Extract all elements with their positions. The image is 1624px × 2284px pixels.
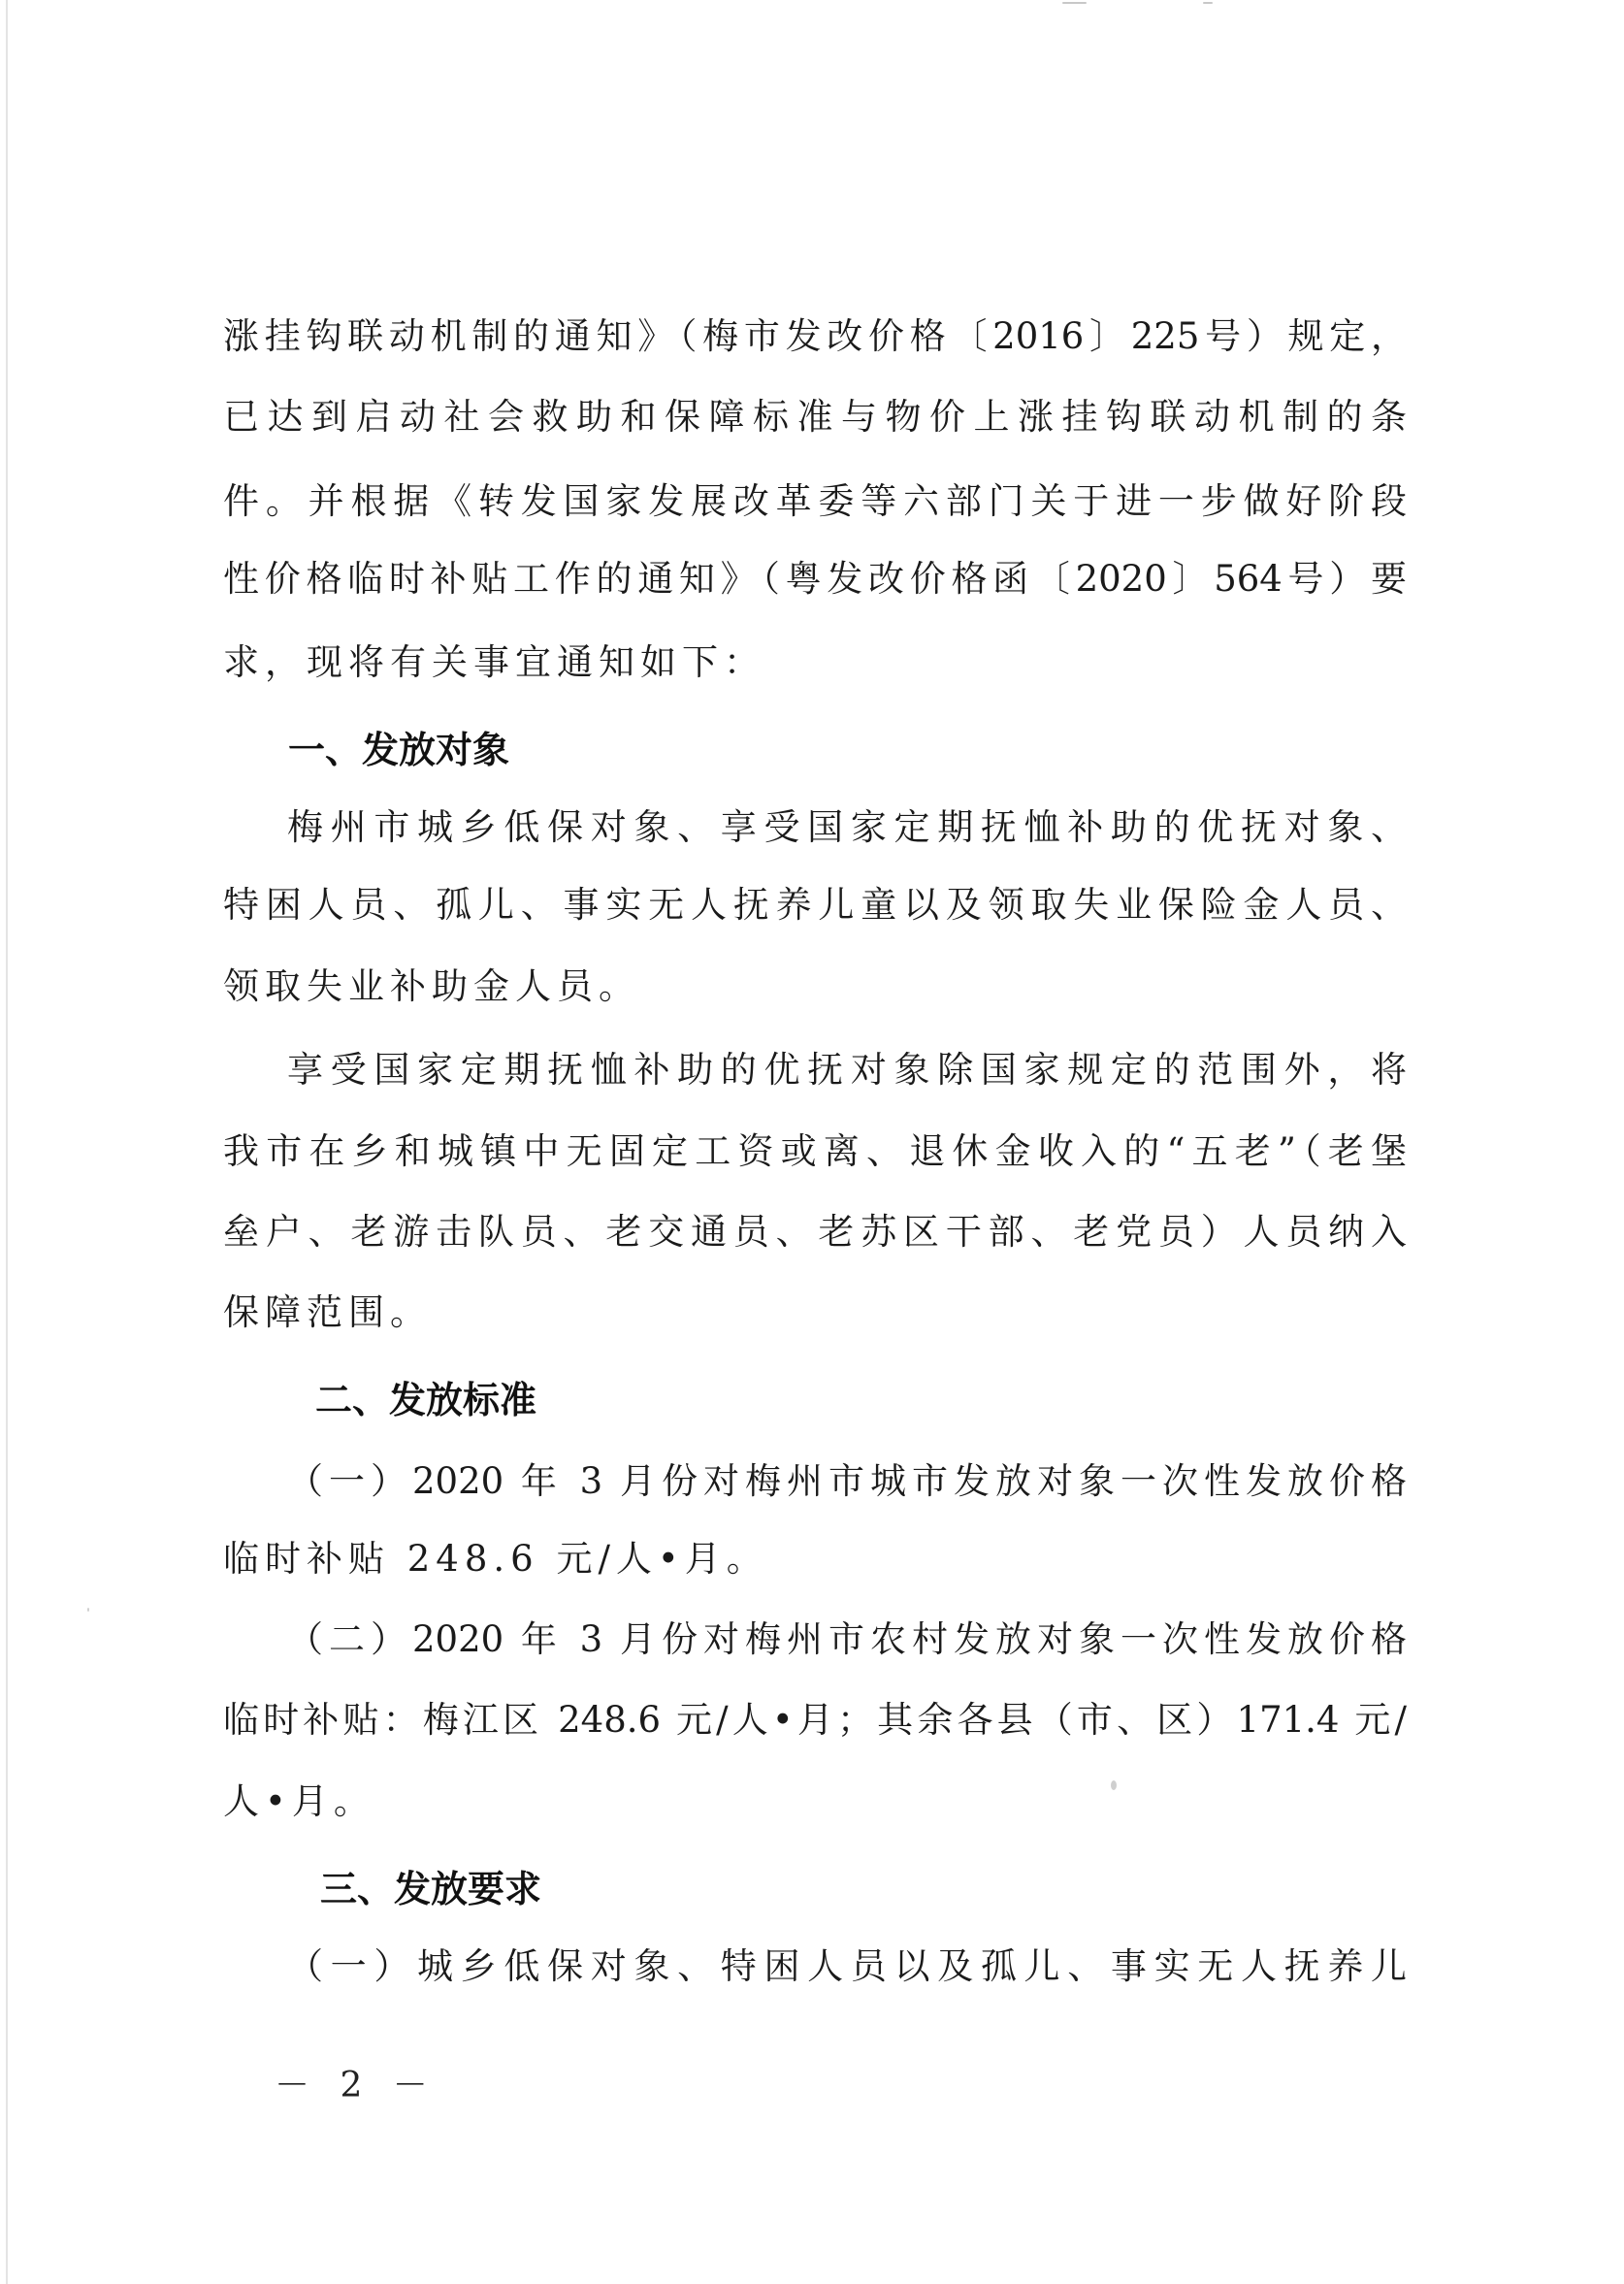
body-line: 享受国家定期抚恤补助的优抚对象除国家规定的范围外，将: [287, 1047, 1407, 1093]
scan-speck: [87, 1608, 89, 1612]
body-line: 求，现将有关事宜通知如下：: [223, 639, 765, 686]
body-line: 临时补贴 248.6 元/人•月。: [223, 1536, 768, 1582]
body-line: （一）城乡低保对象、特困人员以及孤儿、事实无人抚养儿: [287, 1943, 1407, 1990]
body-line: 保障范围。: [223, 1289, 432, 1336]
body-line: 垒户、老游击队员、老交通员、老苏区干部、老党员）人员纳入: [223, 1209, 1407, 1256]
body-line: 我市在乡和城镇中无固定工资或离、退休金收入的“五老”（老堡: [223, 1128, 1407, 1175]
body-line: 临时补贴：梅江区 248.6 元/人•月；其余各县（市、区）171.4 元/: [223, 1697, 1407, 1744]
section-heading-2: 二、发放标准: [315, 1376, 536, 1424]
scan-speck: [1111, 1780, 1117, 1790]
body-line: 件。并根据《转发国家发展改革委等六部门关于进一步做好阶段: [223, 478, 1407, 525]
body-line: （二）2020 年 3 月份对梅州市农村发放对象一次性发放价格: [287, 1616, 1407, 1663]
body-line: 梅州市城乡低保对象、享受国家定期抚恤补助的优抚对象、: [287, 804, 1407, 851]
scan-artifact: [1203, 2, 1213, 4]
page-number: － 2 －: [275, 2065, 438, 2107]
body-line: （一）2020 年 3 月份对梅州市城市发放对象一次性发放价格: [287, 1458, 1407, 1505]
body-line: 已达到启动社会救助和保障标准与物价上涨挂钩联动机制的条: [223, 394, 1407, 440]
body-line: 人•月。: [223, 1778, 375, 1825]
section-heading-3: 三、发放要求: [320, 1865, 541, 1913]
body-line: 领取失业补助金人员。: [223, 963, 640, 1010]
body-line: 性价格临时补贴工作的通知》（粤发改价格函〔2020〕564号）要: [223, 556, 1407, 603]
scan-edge: [6, 0, 8, 2284]
body-line: 涨挂钩联动机制的通知》（梅市发改价格〔2016〕225号）规定，: [223, 313, 1407, 360]
body-line: 特困人员、孤儿、事实无人抚养儿童以及领取失业保险金人员、: [223, 882, 1407, 929]
section-heading-1: 一、发放对象: [288, 726, 509, 774]
scan-artifact: [1062, 2, 1087, 4]
